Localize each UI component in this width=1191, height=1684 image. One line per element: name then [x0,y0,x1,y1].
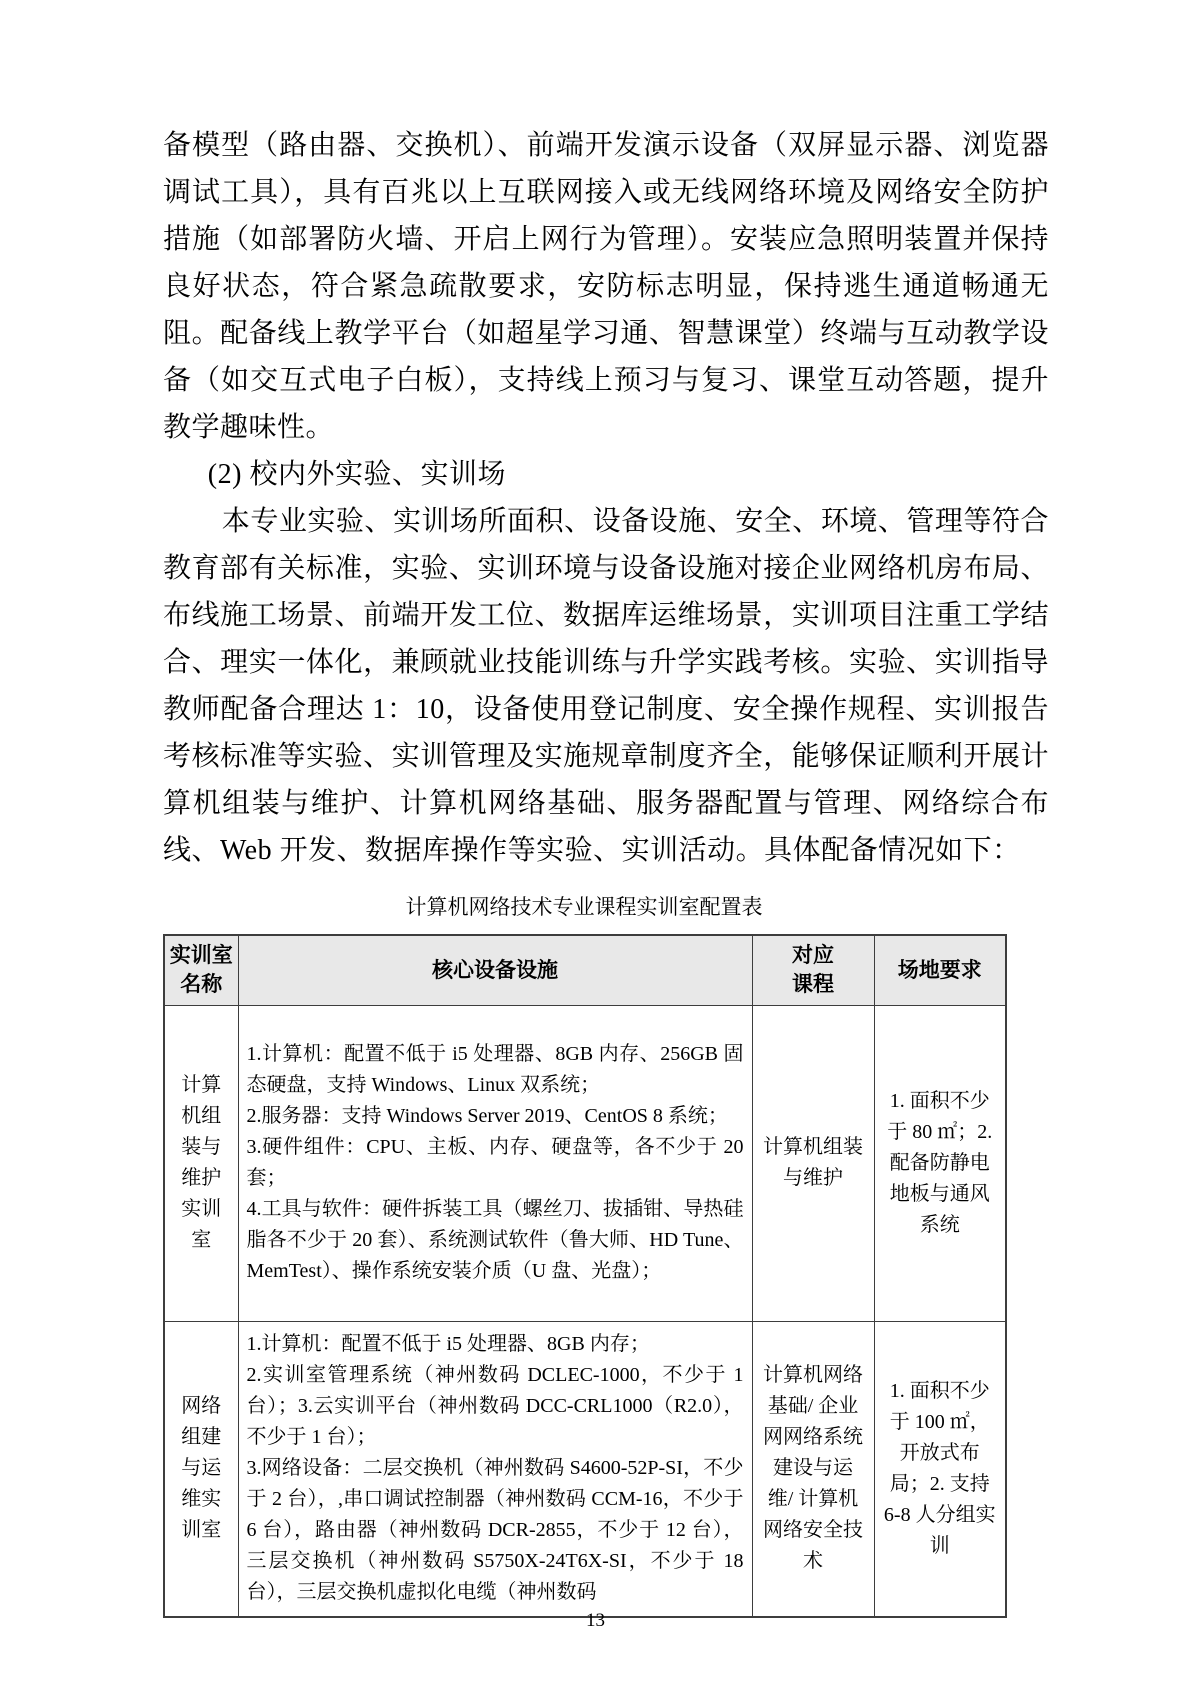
table-header-row: 实训室名称 核心设备设施 对应课程 场地要求 [164,935,1006,1005]
section-heading-training-sites: (2) 校内外实验、实训场 [163,451,1049,498]
training-room-config-table: 实训室名称 核心设备设施 对应课程 场地要求 计算机组装与维护实训室 1.计算机… [163,934,1007,1618]
table-row-assembly-maintenance-lab: 计算机组装与维护实训室 1.计算机：配置不低于 i5 处理器、8GB 内存、25… [164,1005,1006,1321]
cell-courses: 计算机组装与维护 [752,1005,874,1321]
column-header-courses-label: 对应课程 [790,941,836,999]
cell-room-name: 计算机组装与维护实训室 [164,1005,238,1321]
column-header-room-name: 实训室名称 [164,935,238,1005]
cell-room-name: 网络组建与运维实训室 [164,1321,238,1617]
cell-courses: 计算机网络基础/ 企业网网络系统建设与运维/ 计算机网络安全技术 [752,1321,874,1617]
page-number: 13 [0,1610,1191,1632]
cell-equipment: 1.计算机：配置不低于 i5 处理器、8GB 内存、256GB 固态硬盘，支持 … [238,1005,752,1321]
column-header-courses: 对应课程 [752,935,874,1005]
cell-equipment: 1.计算机：配置不低于 i5 处理器、8GB 内存； 2.实训室管理系统（神州数… [238,1321,752,1617]
table-caption: 计算机网络技术专业课程实训室配置表 [163,891,1005,921]
cell-site-requirements: 1. 面积不少于 80 ㎡；2. 配备防静电地板与通风系统 [874,1005,1006,1321]
column-header-site-requirements: 场地要求 [874,935,1006,1005]
cell-site-requirements: 1. 面积不少于 100 ㎡，开放式布局；2. 支持 6-8 人分组实训 [874,1321,1006,1617]
document-page: 备模型（路由器、交换机）、前端开发演示设备（双屏显示器、浏览器调试工具），具有百… [0,0,1191,1684]
page-content: 备模型（路由器、交换机）、前端开发演示设备（双屏显示器、浏览器调试工具），具有百… [163,122,1049,1618]
column-header-core-equipment: 核心设备设施 [238,935,752,1005]
table-row-network-operations-lab: 网络组建与运维实训室 1.计算机：配置不低于 i5 处理器、8GB 内存； 2.… [164,1321,1006,1617]
paragraph-classroom-equipment-continued: 备模型（路由器、交换机）、前端开发演示设备（双屏显示器、浏览器调试工具），具有百… [163,122,1049,451]
paragraph-training-site-standards: 本专业实验、实训场所面积、设备设施、安全、环境、管理等符合教育部有关标准，实验、… [163,498,1049,874]
